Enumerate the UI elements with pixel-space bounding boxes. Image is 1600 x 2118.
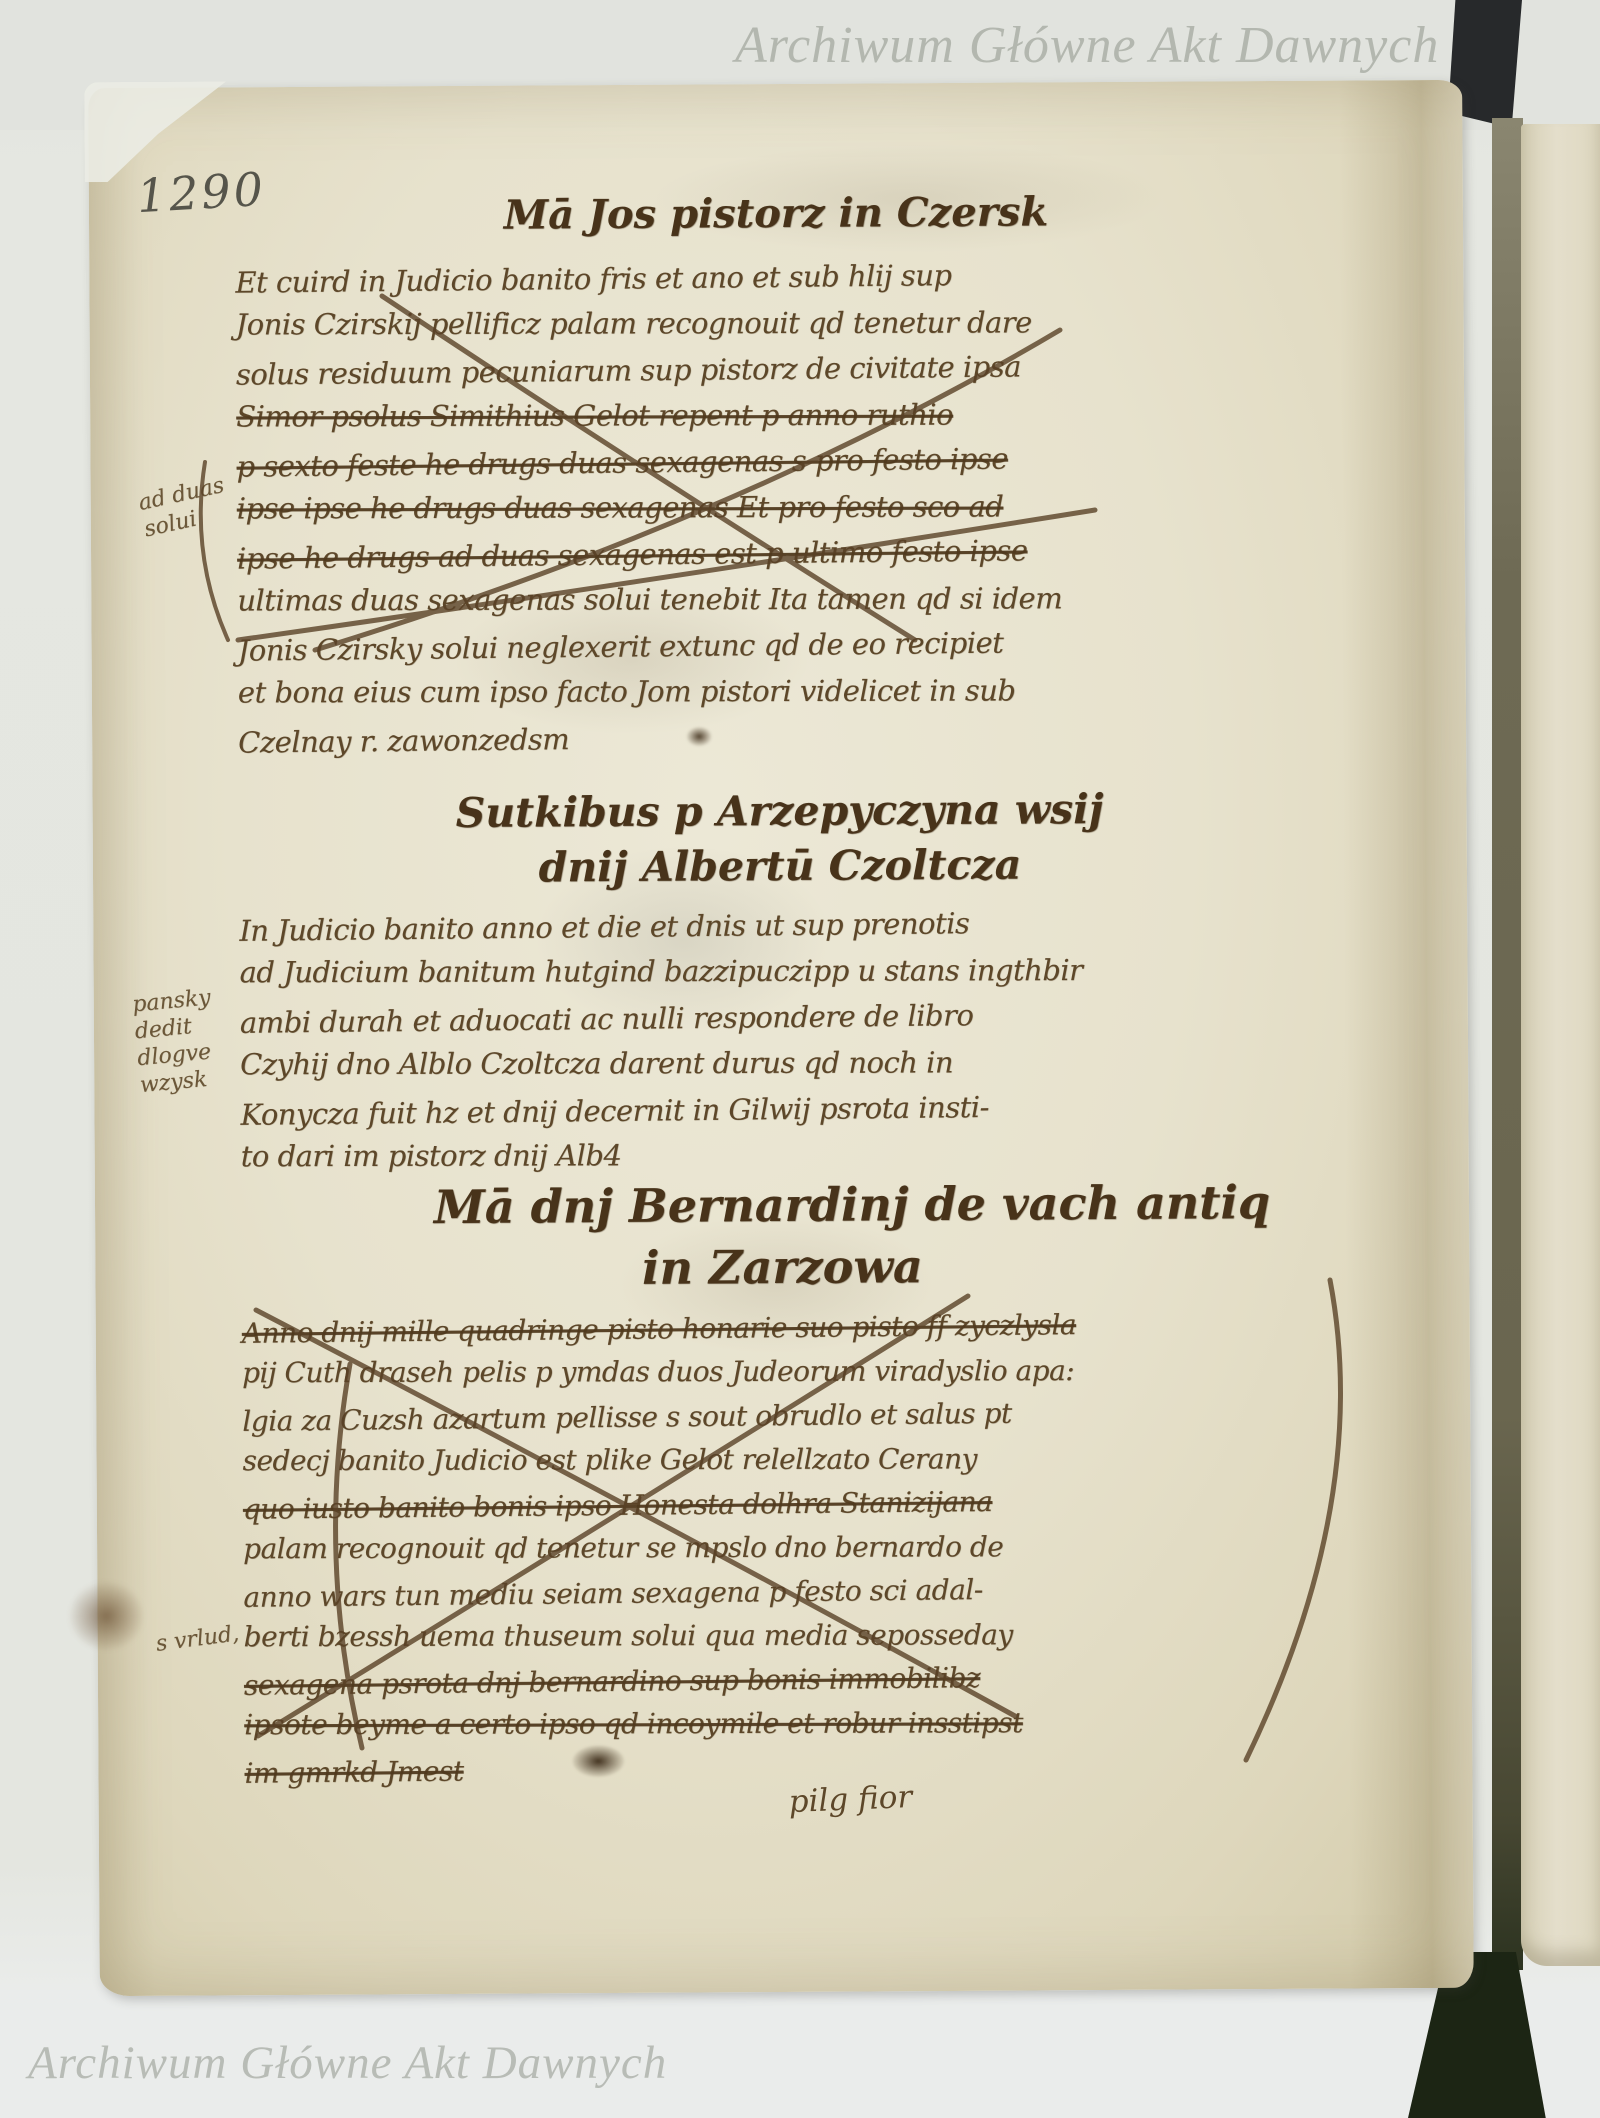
manuscript-page: 1290 Mā Jos pistorz in Czersk Et cuird i… [88,80,1474,1996]
manuscript-line: sexagena psrota dnj bernardino sup bonis… [244,1652,1402,1708]
entry-section-czersk: Mā Jos pistorz in Czersk Et cuird in Jud… [89,178,1467,764]
manuscript-line: Et cuird in Judicio banito fris et ano e… [235,249,1293,306]
manuscript-line: p sexto feste he drugs duas sexagenas s … [236,433,1294,490]
entry-body: Anno dnij mille quadringe pisto honarie … [242,1302,1403,1793]
margin-note: panskydeditdlogvewzysk [131,984,219,1099]
manuscript-line: lgia za Cuzsh azartum pellisse s sout ob… [242,1388,1400,1444]
manuscript-line: Czelnay r. zawonzedsm [238,709,1296,766]
adjacent-page-edge [1521,124,1600,1966]
heading-line: Mā Jos pistorz in Czersk [89,178,1463,250]
manuscript-line: ipse ipse he drugs duas sexagenas Et pro… [237,483,1295,532]
manuscript-line: Konycza fuit hz et dnij decernit in Gilw… [240,1080,1398,1138]
scanned-manuscript: 1290 Mā Jos pistorz in Czersk Et cuird i… [0,0,1600,2118]
binding-gap [1492,118,1523,1970]
manuscript-line: palam recognouit qd tenetur se mpslo dno… [243,1524,1401,1571]
manuscript-line: Jonis Czirskij pellificz palam recognoui… [236,299,1294,348]
manuscript-line: Jonis Czirsky solui neglexerit extunc qd… [237,617,1295,674]
manuscript-line: solus residuum pecuniarum sup pistorz de… [236,341,1294,398]
archive-watermark-top: Archiwum Główne Akt Dawnych [735,16,1439,75]
edge-stain [67,1580,145,1652]
entry-section-sutoribus: Sutkibus p Arzepyczyna wsijdnij Albertū … [92,780,1468,1182]
heading-line: Sutkibus p Arzepyczyna wsij [92,780,1466,843]
margin-note: s vrlud, [154,1620,240,1657]
manuscript-line: Czyhij dno Alblo Czoltcza darent durus q… [240,1038,1398,1087]
archive-watermark-bottom: Archiwum Główne Akt Dawnych [28,2036,667,2090]
margin-note: ad duassolui [136,472,232,543]
ink-blot [572,1745,624,1777]
manuscript-line: ambi durah et aduocati ac nulli responde… [240,988,1398,1046]
manuscript-line: In Judicio banito anno et die et dnis ut… [239,896,1397,954]
entry-section-bernardini: Mā dnj Bernardinj de vach antiqin Zarzow… [95,1170,1473,1794]
manuscript-line: sedecj banito Judicio est plike Gelot re… [243,1436,1401,1483]
ink-blot [686,726,712,746]
entry-body: In Judicio banito anno et die et dnis ut… [239,898,1399,1181]
manuscript-line: Simor psolus Simithius Gelot repent p an… [236,391,1294,440]
manuscript-line: quo iusto banito bonis ipso Honesta dolh… [243,1476,1401,1532]
heading-line: dnij Albertū Czoltcza [93,835,1467,898]
manuscript-line: ad Judicium banitum hutgind bazzipuczipp… [240,946,1398,995]
heading-line: Mā dnj Bernardinj de vach antiq [165,1169,1539,1239]
manuscript-line: et bona eius cum ipso facto Jom pistori … [238,667,1296,716]
margin-note-line: s vrlud, [154,1620,240,1657]
manuscript-line: Anno dnij mille quadringe pisto honarie … [242,1300,1400,1356]
entry-heading: Sutkibus p Arzepyczyna wsijdnij Albertū … [92,780,1467,898]
closing-word: pilg fior [788,1779,913,1820]
manuscript-line: anno wars tun mediu seiam sexagena p fes… [243,1564,1401,1620]
manuscript-line: pij Cuth draseh pelis p ymdas duos Judeo… [242,1348,1400,1395]
manuscript-line: ipsote beyme a certo ipso qd incoymile e… [244,1700,1402,1747]
heading-line: in Zarzowa [95,1232,1469,1302]
margin-note-line: wzysk [139,1065,220,1099]
entry-heading: Mā Jos pistorz in Czersk [89,178,1463,250]
entry-body: Et cuird in Judicio banito fris et ano e… [235,251,1296,763]
manuscript-line: berti bzessh uema thuseum solui qua medi… [244,1612,1402,1659]
entry-heading: Mā dnj Bernardinj de vach antiqin Zarzow… [95,1170,1470,1302]
manuscript-line: ipse he drugs ad duas sexagenas est p ul… [237,525,1295,582]
manuscript-line: ultimas duas sexagenas solui tenebit Ita… [237,575,1295,624]
